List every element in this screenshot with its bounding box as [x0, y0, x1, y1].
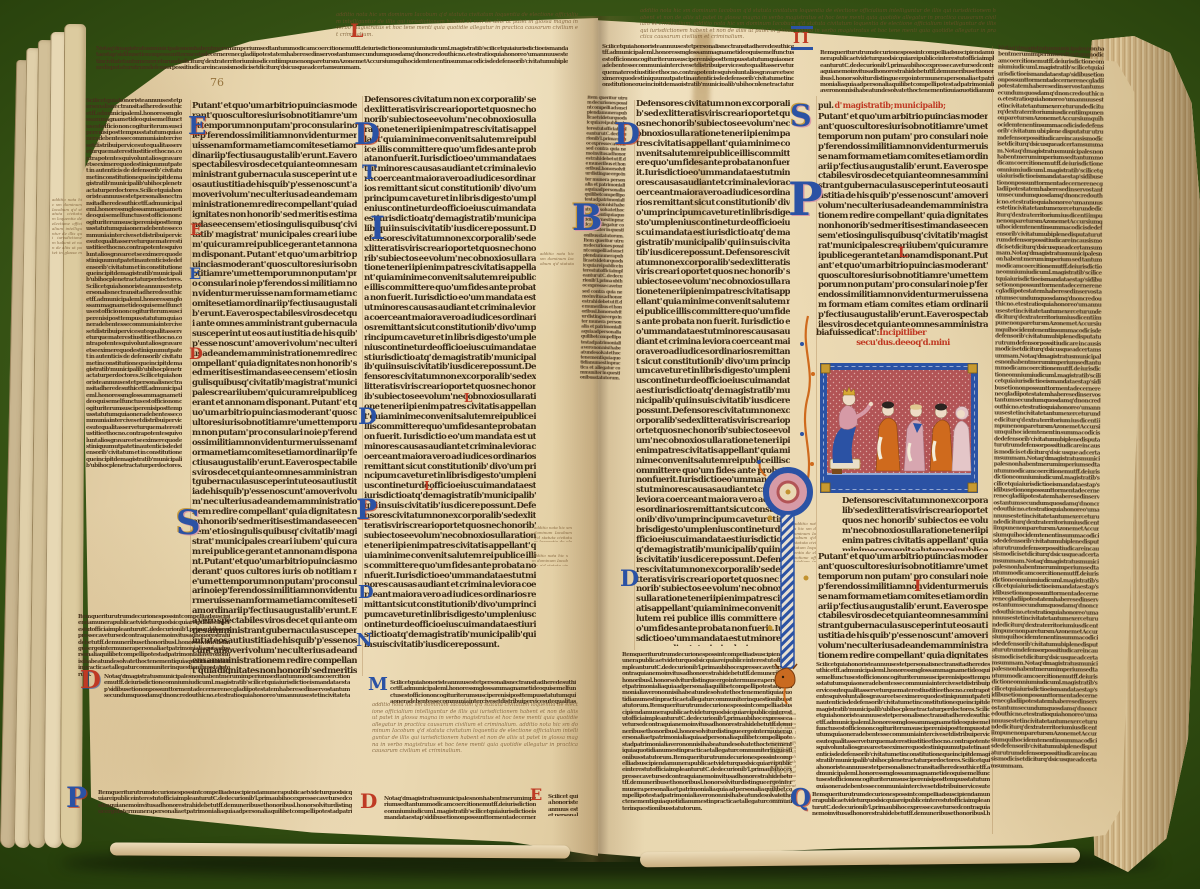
ruling-line [190, 100, 191, 676]
main-text-column-2-upper: Putant' et quo'um arbitrio puincias mode… [818, 113, 988, 329]
illuminated-initial: D [614, 120, 640, 150]
main-text-column-2-lower: Putant' et quo'um arbitrio puincias mode… [818, 553, 988, 659]
top-gloss-band: Item queritur utrum decuriones possint c… [820, 50, 994, 92]
gutter-note: additio nota hic sm dominum Iacobum q'd … [540, 252, 574, 266]
illuminated-initial: T [362, 162, 377, 182]
incipit-rubric: bia fuisse dicat': Incipit liber secu'du… [816, 329, 990, 359]
illuminated-initial: B [572, 200, 602, 236]
illuminated-initial: S [790, 102, 812, 132]
bottom-gloss-stub: Scilicet quia honor iste annuus est et p… [548, 794, 578, 816]
incipit-lead-text: bia fuisse dicat': [816, 328, 879, 338]
illuminated-initial: D [80, 668, 101, 692]
gloss-line-pair: Item queritur utrum decuriones possint c… [812, 792, 990, 818]
illuminated-initial: D [358, 584, 374, 602]
illuminated-initial: D [354, 120, 380, 150]
miniature-king-and-magistrates [820, 363, 978, 493]
illuminated-initial: D [620, 568, 639, 590]
illuminated-initial: D [189, 346, 203, 362]
section-mark: L [424, 480, 432, 492]
illuminated-initial: S [176, 506, 201, 540]
section-mark: I [914, 578, 921, 594]
section-mark: L [464, 392, 472, 404]
top-gloss-band: Nota q'd magistratus municipales non hab… [96, 46, 568, 96]
marginal-gloss-column: Scilicet quia honor iste annuus est et p… [86, 98, 182, 490]
rubric-lead: pul. [818, 100, 834, 110]
running-header-right: II [791, 26, 813, 50]
bottom-gloss-line-pair: Nota q'd magistratus municipales non hab… [384, 796, 536, 822]
illuminated-initial: N [356, 632, 372, 650]
illuminated-initial: P [788, 176, 823, 222]
incipit-red-text: Incipit liber [879, 328, 926, 338]
illuminated-initial: Q [790, 786, 811, 810]
illuminated-initial: I [370, 212, 385, 244]
left-page-edges-strip [60, 24, 86, 848]
top-annotation-cursive: additio nota hic sm dominum Iacobum q'd … [640, 8, 996, 38]
gloss-line-pair: Nota q'd magistratus municipales non hab… [104, 674, 350, 698]
illuminated-initial: E [530, 787, 542, 803]
illuminated-initial: E [190, 222, 202, 238]
section-mark: L [898, 246, 908, 260]
margin-note: additio nota hic sm dominum Iacobum q'd … [52, 198, 82, 256]
illuminated-initial: E [189, 266, 201, 282]
top-gloss-band: Scilicet quia honor iste annuus est et p… [602, 44, 794, 86]
illuminated-initial: D [358, 406, 377, 428]
chapter-rubric-line: pul. d' magistratib; municipalib; [818, 100, 990, 112]
main-text-column-2-beside-initial: Defensores civitatum non ex corporalib' … [842, 497, 988, 551]
main-text-column-2: Defensores civitatum non ex corporalib' … [364, 96, 536, 676]
added-cursive-note-block: additio nota hic sm dominum Iacobum q'd … [372, 702, 578, 774]
incipit-red-line2: secu'dus. de eo q'd. mini [816, 339, 990, 349]
gutter-note: additio nota hic sm dominum Iacobum q'd … [532, 554, 568, 566]
manuscript-opening-photo: 76 additio nota hic sm dominum Iacobum q… [0, 0, 1200, 889]
gloss-below-column: Scilicet quia honor iste annuus est et p… [816, 662, 990, 788]
illuminated-initial: M [368, 676, 388, 694]
illuminated-initial: P [66, 784, 87, 812]
illuminated-initial: D [360, 791, 377, 811]
illuminated-initial: E [188, 114, 206, 138]
bottom-gloss-line-pair: Item queritur utrum decuriones possint c… [98, 790, 352, 816]
right-marginal-gloss-column: Nota q'd magistratus municipales non hab… [990, 45, 1104, 834]
illuminated-initial: P [356, 496, 377, 524]
running-header-left: L [350, 20, 363, 42]
gutter-note: additio nota hic sm dominum Iacobum q'd … [534, 526, 572, 542]
main-text-column-1: Putant' et quo'um arbitrio puincias mode… [192, 102, 357, 674]
initial-p-with-dragon-tail [754, 458, 828, 716]
chapter-rubric-red: d' magistratib; municipalib; [835, 100, 946, 110]
